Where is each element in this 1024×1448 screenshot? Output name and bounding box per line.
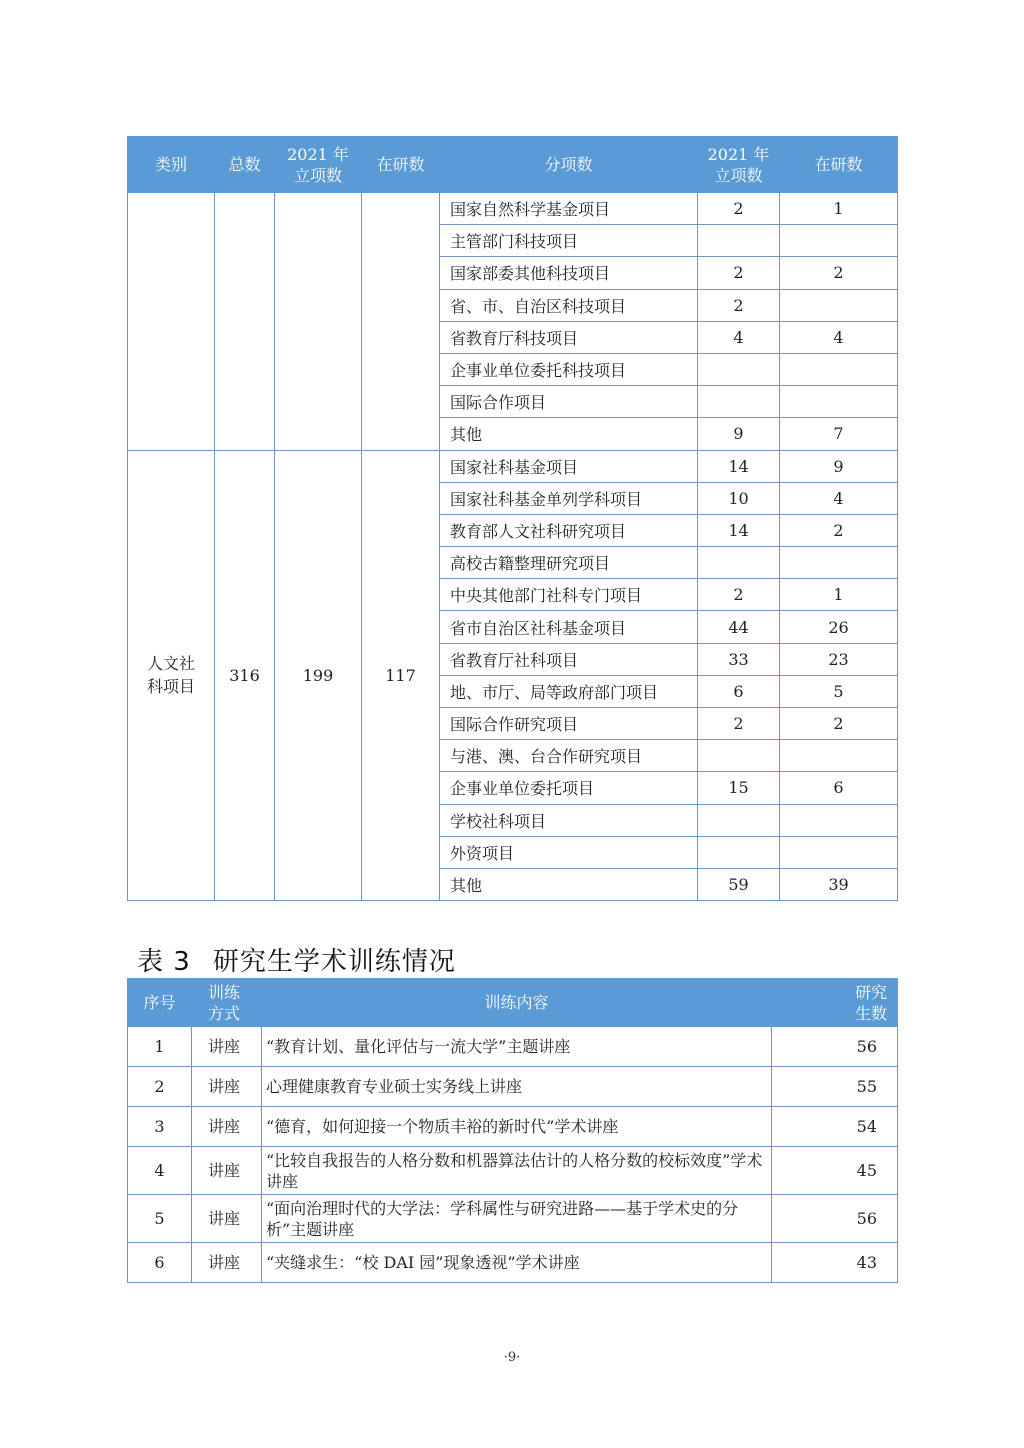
header-content: 训练内容	[262, 979, 772, 1027]
sub-item-name: 企事业单位委托科技项目	[440, 353, 698, 385]
row-content: “比较自我报告的人格分数和机器算法估计的人格分数的校标效度”学术讲座	[262, 1147, 772, 1195]
row-index: 2	[128, 1067, 192, 1107]
row-count: 56	[772, 1027, 898, 1067]
row-index: 1	[128, 1027, 192, 1067]
year-new-cell	[275, 193, 362, 451]
sub-item-ongoing	[780, 804, 898, 836]
sub-item-year-new: 33	[698, 643, 780, 675]
header-total: 总数	[215, 137, 275, 193]
category-line: 人文社	[128, 652, 214, 675]
research-projects-table: 类别 总数 2021 年 立项数 在研数 分项数 2021 年 立项数 在研数 …	[127, 136, 898, 901]
table-row: 6 讲座 “夹缝求生：“校 DAI 园”现象透视”学术讲座 43	[128, 1243, 898, 1283]
total-cell: 316	[215, 450, 275, 901]
table-row: 国家自然科学基金项目 2 1	[128, 193, 898, 225]
header-line: 训练	[208, 982, 261, 1003]
sub-item-year-new: 9	[698, 418, 780, 450]
sub-item-name: 国家自然科学基金项目	[440, 193, 698, 225]
row-content: “夹缝求生：“校 DAI 园”现象透视”学术讲座	[262, 1243, 772, 1283]
sub-item-ongoing: 1	[780, 579, 898, 611]
sub-item-ongoing	[780, 547, 898, 579]
header-line: 立项数	[698, 165, 779, 186]
page-number: ·9·	[0, 1350, 1024, 1365]
sub-item-ongoing	[780, 289, 898, 321]
row-method: 讲座	[192, 1067, 262, 1107]
sub-item-ongoing: 2	[780, 257, 898, 289]
sub-item-year-new	[698, 386, 780, 418]
ongoing-cell	[362, 193, 440, 451]
academic-training-table: 序号 训练 方式 训练内容 研究 生数 1 讲座 “教育计划、量化评估与一流大学…	[127, 978, 898, 1283]
header-category: 类别	[128, 137, 215, 193]
caption-title: 研究生学术训练情况	[213, 947, 456, 977]
sub-item-year-new: 2	[698, 257, 780, 289]
sub-item-name: 地、市厅、局等政府部门项目	[440, 675, 698, 707]
sub-item-year-new	[698, 740, 780, 772]
header-sub-ongoing: 在研数	[780, 137, 898, 193]
row-content: 心理健康教育专业硕士实务线上讲座	[262, 1067, 772, 1107]
header-sub-item: 分项数	[440, 137, 698, 193]
sub-item-name: 省市自治区社科基金项目	[440, 611, 698, 643]
row-method: 讲座	[192, 1243, 262, 1283]
sub-item-year-new	[698, 225, 780, 257]
sub-item-ongoing: 6	[780, 772, 898, 804]
sub-item-ongoing	[780, 353, 898, 385]
sub-item-ongoing: 7	[780, 418, 898, 450]
sub-item-year-new	[698, 547, 780, 579]
sub-item-name: 学校社科项目	[440, 804, 698, 836]
sub-item-year-new: 2	[698, 708, 780, 740]
row-method: 讲座	[192, 1147, 262, 1195]
sub-item-name: 外资项目	[440, 836, 698, 868]
sub-item-year-new: 2	[698, 289, 780, 321]
sub-item-ongoing: 4	[780, 482, 898, 514]
sub-item-ongoing: 4	[780, 321, 898, 353]
table-header-row: 序号 训练 方式 训练内容 研究 生数	[128, 979, 898, 1027]
category-cell	[128, 193, 215, 451]
table-row: 1 讲座 “教育计划、量化评估与一流大学”主题讲座 56	[128, 1027, 898, 1067]
row-content: “教育计划、量化评估与一流大学”主题讲座	[262, 1027, 772, 1067]
table-header-row: 类别 总数 2021 年 立项数 在研数 分项数 2021 年 立项数 在研数	[128, 137, 898, 193]
sub-item-year-new: 6	[698, 675, 780, 707]
sub-item-year-new: 4	[698, 321, 780, 353]
sub-item-name: 国际合作项目	[440, 386, 698, 418]
row-content: “面向治理时代的大学法：学科属性与研究进路——基于学术史的分析”主题讲座	[262, 1195, 772, 1243]
sub-item-ongoing	[780, 386, 898, 418]
row-index: 5	[128, 1195, 192, 1243]
header-line: 生数	[772, 1003, 887, 1024]
row-count: 43	[772, 1243, 898, 1283]
row-index: 6	[128, 1243, 192, 1283]
sub-item-ongoing: 26	[780, 611, 898, 643]
row-count: 54	[772, 1107, 898, 1147]
header-index: 序号	[128, 979, 192, 1027]
sub-item-name: 教育部人文社科研究项目	[440, 514, 698, 546]
header-line: 2021 年	[275, 144, 361, 165]
sub-item-ongoing	[780, 836, 898, 868]
sub-item-name: 省教育厅科技项目	[440, 321, 698, 353]
header-line: 研究	[772, 982, 887, 1003]
sub-item-ongoing: 5	[780, 675, 898, 707]
category-line: 科项目	[128, 675, 214, 698]
category-cell: 人文社 科项目	[128, 450, 215, 901]
sub-item-year-new: 59	[698, 868, 780, 900]
table-row: 3 讲座 “德育，如何迎接一个物质丰裕的新时代”学术讲座 54	[128, 1107, 898, 1147]
sub-item-name: 其他	[440, 418, 698, 450]
caption-label: 表 3	[137, 947, 191, 977]
total-cell	[215, 193, 275, 451]
sub-item-ongoing: 39	[780, 868, 898, 900]
sub-item-year-new: 14	[698, 514, 780, 546]
ongoing-cell: 117	[362, 450, 440, 901]
row-content: “德育，如何迎接一个物质丰裕的新时代”学术讲座	[262, 1107, 772, 1147]
table-row: 人文社 科项目 316 199 117 国家社科基金项目 14 9	[128, 450, 898, 482]
sub-item-name: 企事业单位委托项目	[440, 772, 698, 804]
sub-item-name: 省、市、自治区科技项目	[440, 289, 698, 321]
sub-item-ongoing: 9	[780, 450, 898, 482]
header-line: 2021 年	[698, 144, 779, 165]
header-line: 方式	[208, 1003, 261, 1024]
header-line: 立项数	[275, 165, 361, 186]
sub-item-year-new: 15	[698, 772, 780, 804]
sub-item-year-new	[698, 836, 780, 868]
sub-item-name: 其他	[440, 868, 698, 900]
header-year-new: 2021 年 立项数	[275, 137, 362, 193]
row-count: 55	[772, 1067, 898, 1107]
sub-item-name: 省教育厅社科项目	[440, 643, 698, 675]
sub-item-name: 国家部委其他科技项目	[440, 257, 698, 289]
header-count: 研究 生数	[772, 979, 898, 1027]
sub-item-name: 国际合作研究项目	[440, 708, 698, 740]
sub-item-year-new: 44	[698, 611, 780, 643]
sub-item-year-new: 10	[698, 482, 780, 514]
sub-item-name: 国家社科基金项目	[440, 450, 698, 482]
header-method: 训练 方式	[192, 979, 262, 1027]
sub-item-name: 国家社科基金单列学科项目	[440, 482, 698, 514]
sub-item-year-new	[698, 804, 780, 836]
sub-item-name: 主管部门科技项目	[440, 225, 698, 257]
sub-item-ongoing	[780, 740, 898, 772]
table-row: 2 讲座 心理健康教育专业硕士实务线上讲座 55	[128, 1067, 898, 1107]
sub-item-year-new: 2	[698, 193, 780, 225]
sub-item-year-new: 14	[698, 450, 780, 482]
header-ongoing: 在研数	[362, 137, 440, 193]
table-row: 4 讲座 “比较自我报告的人格分数和机器算法估计的人格分数的校标效度”学术讲座 …	[128, 1147, 898, 1195]
table-row: 5 讲座 “面向治理时代的大学法：学科属性与研究进路——基于学术史的分析”主题讲…	[128, 1195, 898, 1243]
sub-item-name: 与港、澳、台合作研究项目	[440, 740, 698, 772]
sub-item-ongoing: 23	[780, 643, 898, 675]
sub-item-year-new: 2	[698, 579, 780, 611]
row-method: 讲座	[192, 1107, 262, 1147]
row-method: 讲座	[192, 1195, 262, 1243]
row-index: 3	[128, 1107, 192, 1147]
table-caption: 表 3研究生学术训练情况	[137, 941, 456, 978]
sub-item-ongoing	[780, 225, 898, 257]
sub-item-ongoing: 2	[780, 514, 898, 546]
sub-item-ongoing: 1	[780, 193, 898, 225]
year-new-cell: 199	[275, 450, 362, 901]
row-index: 4	[128, 1147, 192, 1195]
row-count: 56	[772, 1195, 898, 1243]
sub-item-ongoing: 2	[780, 708, 898, 740]
header-sub-year-new: 2021 年 立项数	[698, 137, 780, 193]
sub-item-year-new	[698, 353, 780, 385]
sub-item-name: 高校古籍整理研究项目	[440, 547, 698, 579]
sub-item-name: 中央其他部门社科专门项目	[440, 579, 698, 611]
row-count: 45	[772, 1147, 898, 1195]
row-method: 讲座	[192, 1027, 262, 1067]
